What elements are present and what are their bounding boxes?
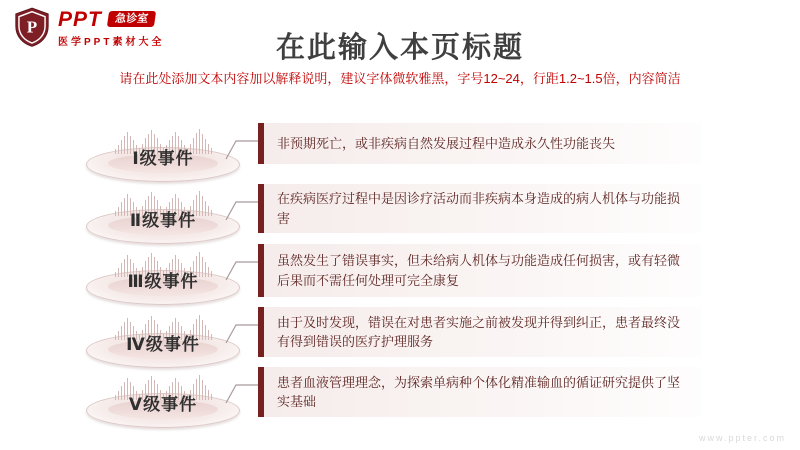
event-description: 由于及时发现，错误在对患者实施之前被发现并得到纠正，患者最终没有得到错误的医疗护…	[277, 313, 691, 352]
page-title: 在此输入本页标题	[0, 25, 800, 66]
level-label: Ⅲ级事件	[86, 267, 240, 292]
level-badge: Ⅰ级事件	[86, 124, 240, 182]
level-label: Ⅳ级事件	[86, 330, 240, 355]
event-textblock: 虽然发生了错误事实，但未给病人机体与功能造成任何损害，或有轻微后果而不需任何处理…	[258, 244, 701, 297]
event-textblock: 由于及时发现，错误在对患者实施之前被发现并得到纠正，患者最终没有得到错误的医疗护…	[258, 307, 701, 357]
level-label: Ⅱ级事件	[86, 206, 240, 231]
event-textblock: 在疾病医疗过程中是因诊疗活动而非疾病本身造成的病人机体与功能损害	[258, 184, 701, 233]
level-badge: Ⅲ级事件	[86, 247, 240, 305]
watermark: www.ppter.com	[699, 433, 786, 443]
page-subtitle: 请在此处添加文本内容加以解释说明，建议字体微软雅黑，字号12~24，行距1.2~…	[0, 68, 800, 87]
event-description: 在疾病医疗过程中是因诊疗活动而非疾病本身造成的病人机体与功能损害	[277, 189, 691, 228]
event-textblock: 非预期死亡，或非疾病自然发展过程中造成永久性功能丧失	[258, 123, 701, 164]
slide: P PPT 急诊室 医学PPT素材大全 在此输入本页标题 请在此处添加文本内容加…	[0, 0, 800, 450]
level-badge: Ⅴ级事件	[86, 370, 240, 428]
level-badge: Ⅱ级事件	[86, 186, 240, 244]
level-badge: Ⅳ级事件	[86, 310, 240, 368]
event-description: 患者血液管理理念，为探索单病种个体化精准输血的循证研究提供了坚实基础	[277, 373, 691, 412]
level-label: Ⅰ级事件	[86, 144, 240, 169]
event-description: 非预期死亡，或非疾病自然发展过程中造成永久性功能丧失	[277, 134, 615, 154]
event-description: 虽然发生了错误事实，但未给病人机体与功能造成任何损害，或有轻微后果而不需任何处理…	[277, 251, 691, 290]
level-label: Ⅴ级事件	[86, 390, 240, 415]
event-textblock: 患者血液管理理念，为探索单病种个体化精准输血的循证研究提供了坚实基础	[258, 367, 701, 417]
